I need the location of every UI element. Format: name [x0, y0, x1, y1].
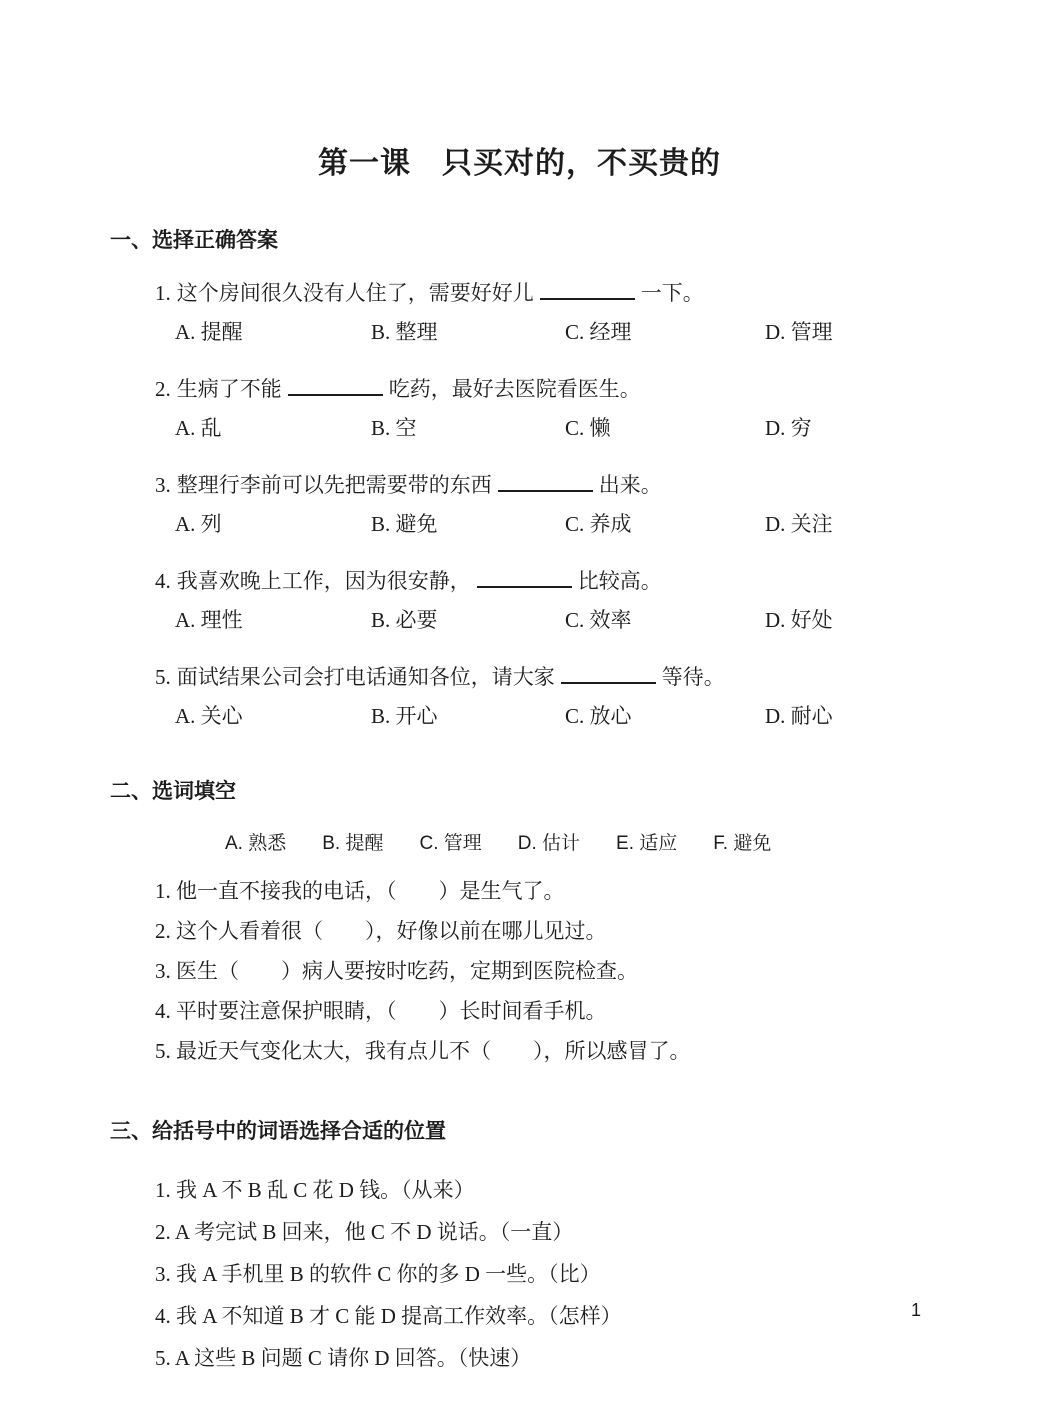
question: 4. 我 A 不知道 B 才 C 能 D 提高工作效率。（怎样）	[155, 1295, 999, 1337]
option: C. 养成	[565, 509, 765, 539]
question-line: 4.我喜欢晚上工作，因为很安静，比较高。	[155, 566, 999, 596]
question-number: 2.	[155, 377, 171, 401]
question-line: 5.面试结果公司会打电话通知各位，请大家等待。	[155, 662, 999, 692]
option: B. 整理	[371, 317, 565, 347]
question-number: 1.	[155, 281, 171, 305]
option: A. 提醒	[175, 317, 371, 347]
lesson-title: 第一课 只买对的，不买贵的	[0, 138, 1039, 182]
question: 2. A 考完试 B 回来，他 C 不 D 说话。（一直）	[155, 1211, 999, 1253]
question: 5.面试结果公司会打电话通知各位，请大家等待。 A. 关心 B. 开心 C. 放…	[155, 662, 999, 731]
question: 1.这个房间很久没有人住了，需要好好儿一下。 A. 提醒 B. 整理 C. 经理…	[155, 278, 999, 347]
options-row: A. 理性 B. 必要 C. 效率 D. 好处	[175, 605, 999, 635]
question: 5. A 这些 B 问题 C 请你 D 回答。（快速）	[155, 1337, 999, 1379]
word-bank-item: B. 提醒	[322, 831, 383, 857]
question-line: 1.这个房间很久没有人住了，需要好好儿一下。	[155, 278, 999, 308]
question-text-before: 生病了不能	[177, 377, 282, 401]
question-text-after: 比较高。	[578, 569, 662, 593]
option: B. 开心	[371, 701, 565, 731]
option: D. 穷	[765, 413, 999, 443]
section2-heading: 二、选词填空	[110, 775, 1039, 805]
answer-blank	[477, 566, 572, 588]
option: B. 必要	[371, 605, 565, 635]
options-row: A. 列 B. 避免 C. 养成 D. 关注	[175, 509, 999, 539]
option: B. 空	[371, 413, 565, 443]
question-number: 5.	[155, 665, 171, 689]
question-text-before: 面试结果公司会打电话通知各位，请大家	[177, 665, 555, 689]
question-line: 2.生病了不能吃药，最好去医院看医生。	[155, 374, 999, 404]
question: 1. 我 A 不 B 乱 C 花 D 钱。（从来）	[155, 1169, 999, 1211]
option: C. 放心	[565, 701, 765, 731]
question: 3. 我 A 手机里 B 的软件 C 你的多 D 一些。（比）	[155, 1253, 999, 1295]
option: A. 乱	[175, 413, 371, 443]
option: C. 懒	[565, 413, 765, 443]
question: 1. 他一直不接我的电话，（ ）是生气了。	[155, 871, 999, 911]
question-text-before: 我喜欢晚上工作，因为很安静，	[177, 569, 471, 593]
question: 4. 平时要注意保护眼睛，（ ）长时间看手机。	[155, 991, 999, 1031]
section1-heading: 一、选择正确答案	[110, 224, 1039, 254]
question-text-after: 一下。	[641, 281, 704, 305]
word-bank-item: F. 避免	[713, 831, 771, 857]
question-text-after: 等待。	[662, 665, 725, 689]
question-text-before: 这个房间很久没有人住了，需要好好儿	[177, 281, 534, 305]
word-bank-item: E. 适应	[616, 831, 677, 857]
option: B. 避免	[371, 509, 565, 539]
question: 4.我喜欢晚上工作，因为很安静，比较高。 A. 理性 B. 必要 C. 效率 D…	[155, 566, 999, 635]
question: 2. 这个人看着很（ ），好像以前在哪儿见过。	[155, 911, 999, 951]
option: D. 关注	[765, 509, 999, 539]
page-number: 1	[911, 1300, 921, 1321]
word-bank-item: C. 管理	[419, 831, 481, 857]
answer-blank	[540, 278, 635, 300]
answer-blank	[288, 374, 383, 396]
option: A. 理性	[175, 605, 371, 635]
answer-blank	[498, 470, 593, 492]
word-bank-item: A. 熟悉	[225, 831, 286, 857]
question-text-before: 整理行李前可以先把需要带的东西	[177, 473, 492, 497]
word-bank: A. 熟悉 B. 提醒 C. 管理 D. 估计 E. 适应 F. 避免	[225, 831, 1039, 857]
section3-questions: 1. 我 A 不 B 乱 C 花 D 钱。（从来） 2. A 考完试 B 回来，…	[155, 1169, 999, 1379]
section2-questions: 1. 他一直不接我的电话，（ ）是生气了。 2. 这个人看着很（ ），好像以前在…	[155, 871, 999, 1071]
options-row: A. 关心 B. 开心 C. 放心 D. 耐心	[175, 701, 999, 731]
options-row: A. 提醒 B. 整理 C. 经理 D. 管理	[175, 317, 999, 347]
section3-heading: 三、给括号中的词语选择合适的位置	[110, 1115, 1039, 1145]
question-number: 3.	[155, 473, 171, 497]
option: D. 管理	[765, 317, 999, 347]
question-line: 3.整理行李前可以先把需要带的东西出来。	[155, 470, 999, 500]
option: A. 关心	[175, 701, 371, 731]
option: C. 效率	[565, 605, 765, 635]
question-text-after: 出来。	[599, 473, 662, 497]
option: A. 列	[175, 509, 371, 539]
section1-questions: 1.这个房间很久没有人住了，需要好好儿一下。 A. 提醒 B. 整理 C. 经理…	[0, 278, 1039, 731]
option: C. 经理	[565, 317, 765, 347]
question: 5. 最近天气变化太大，我有点儿不（ ），所以感冒了。	[155, 1031, 999, 1071]
question: 3.整理行李前可以先把需要带的东西出来。 A. 列 B. 避免 C. 养成 D.…	[155, 470, 999, 539]
worksheet-page: 第一课 只买对的，不买贵的 一、选择正确答案 1.这个房间很久没有人住了，需要好…	[0, 0, 1039, 1401]
word-bank-item: D. 估计	[518, 831, 580, 857]
option: D. 耐心	[765, 701, 999, 731]
option: D. 好处	[765, 605, 999, 635]
question-number: 4.	[155, 569, 171, 593]
options-row: A. 乱 B. 空 C. 懒 D. 穷	[175, 413, 999, 443]
question: 2.生病了不能吃药，最好去医院看医生。 A. 乱 B. 空 C. 懒 D. 穷	[155, 374, 999, 443]
answer-blank	[561, 662, 656, 684]
question-text-after: 吃药，最好去医院看医生。	[389, 377, 641, 401]
question: 3. 医生（ ）病人要按时吃药，定期到医院检查。	[155, 951, 999, 991]
